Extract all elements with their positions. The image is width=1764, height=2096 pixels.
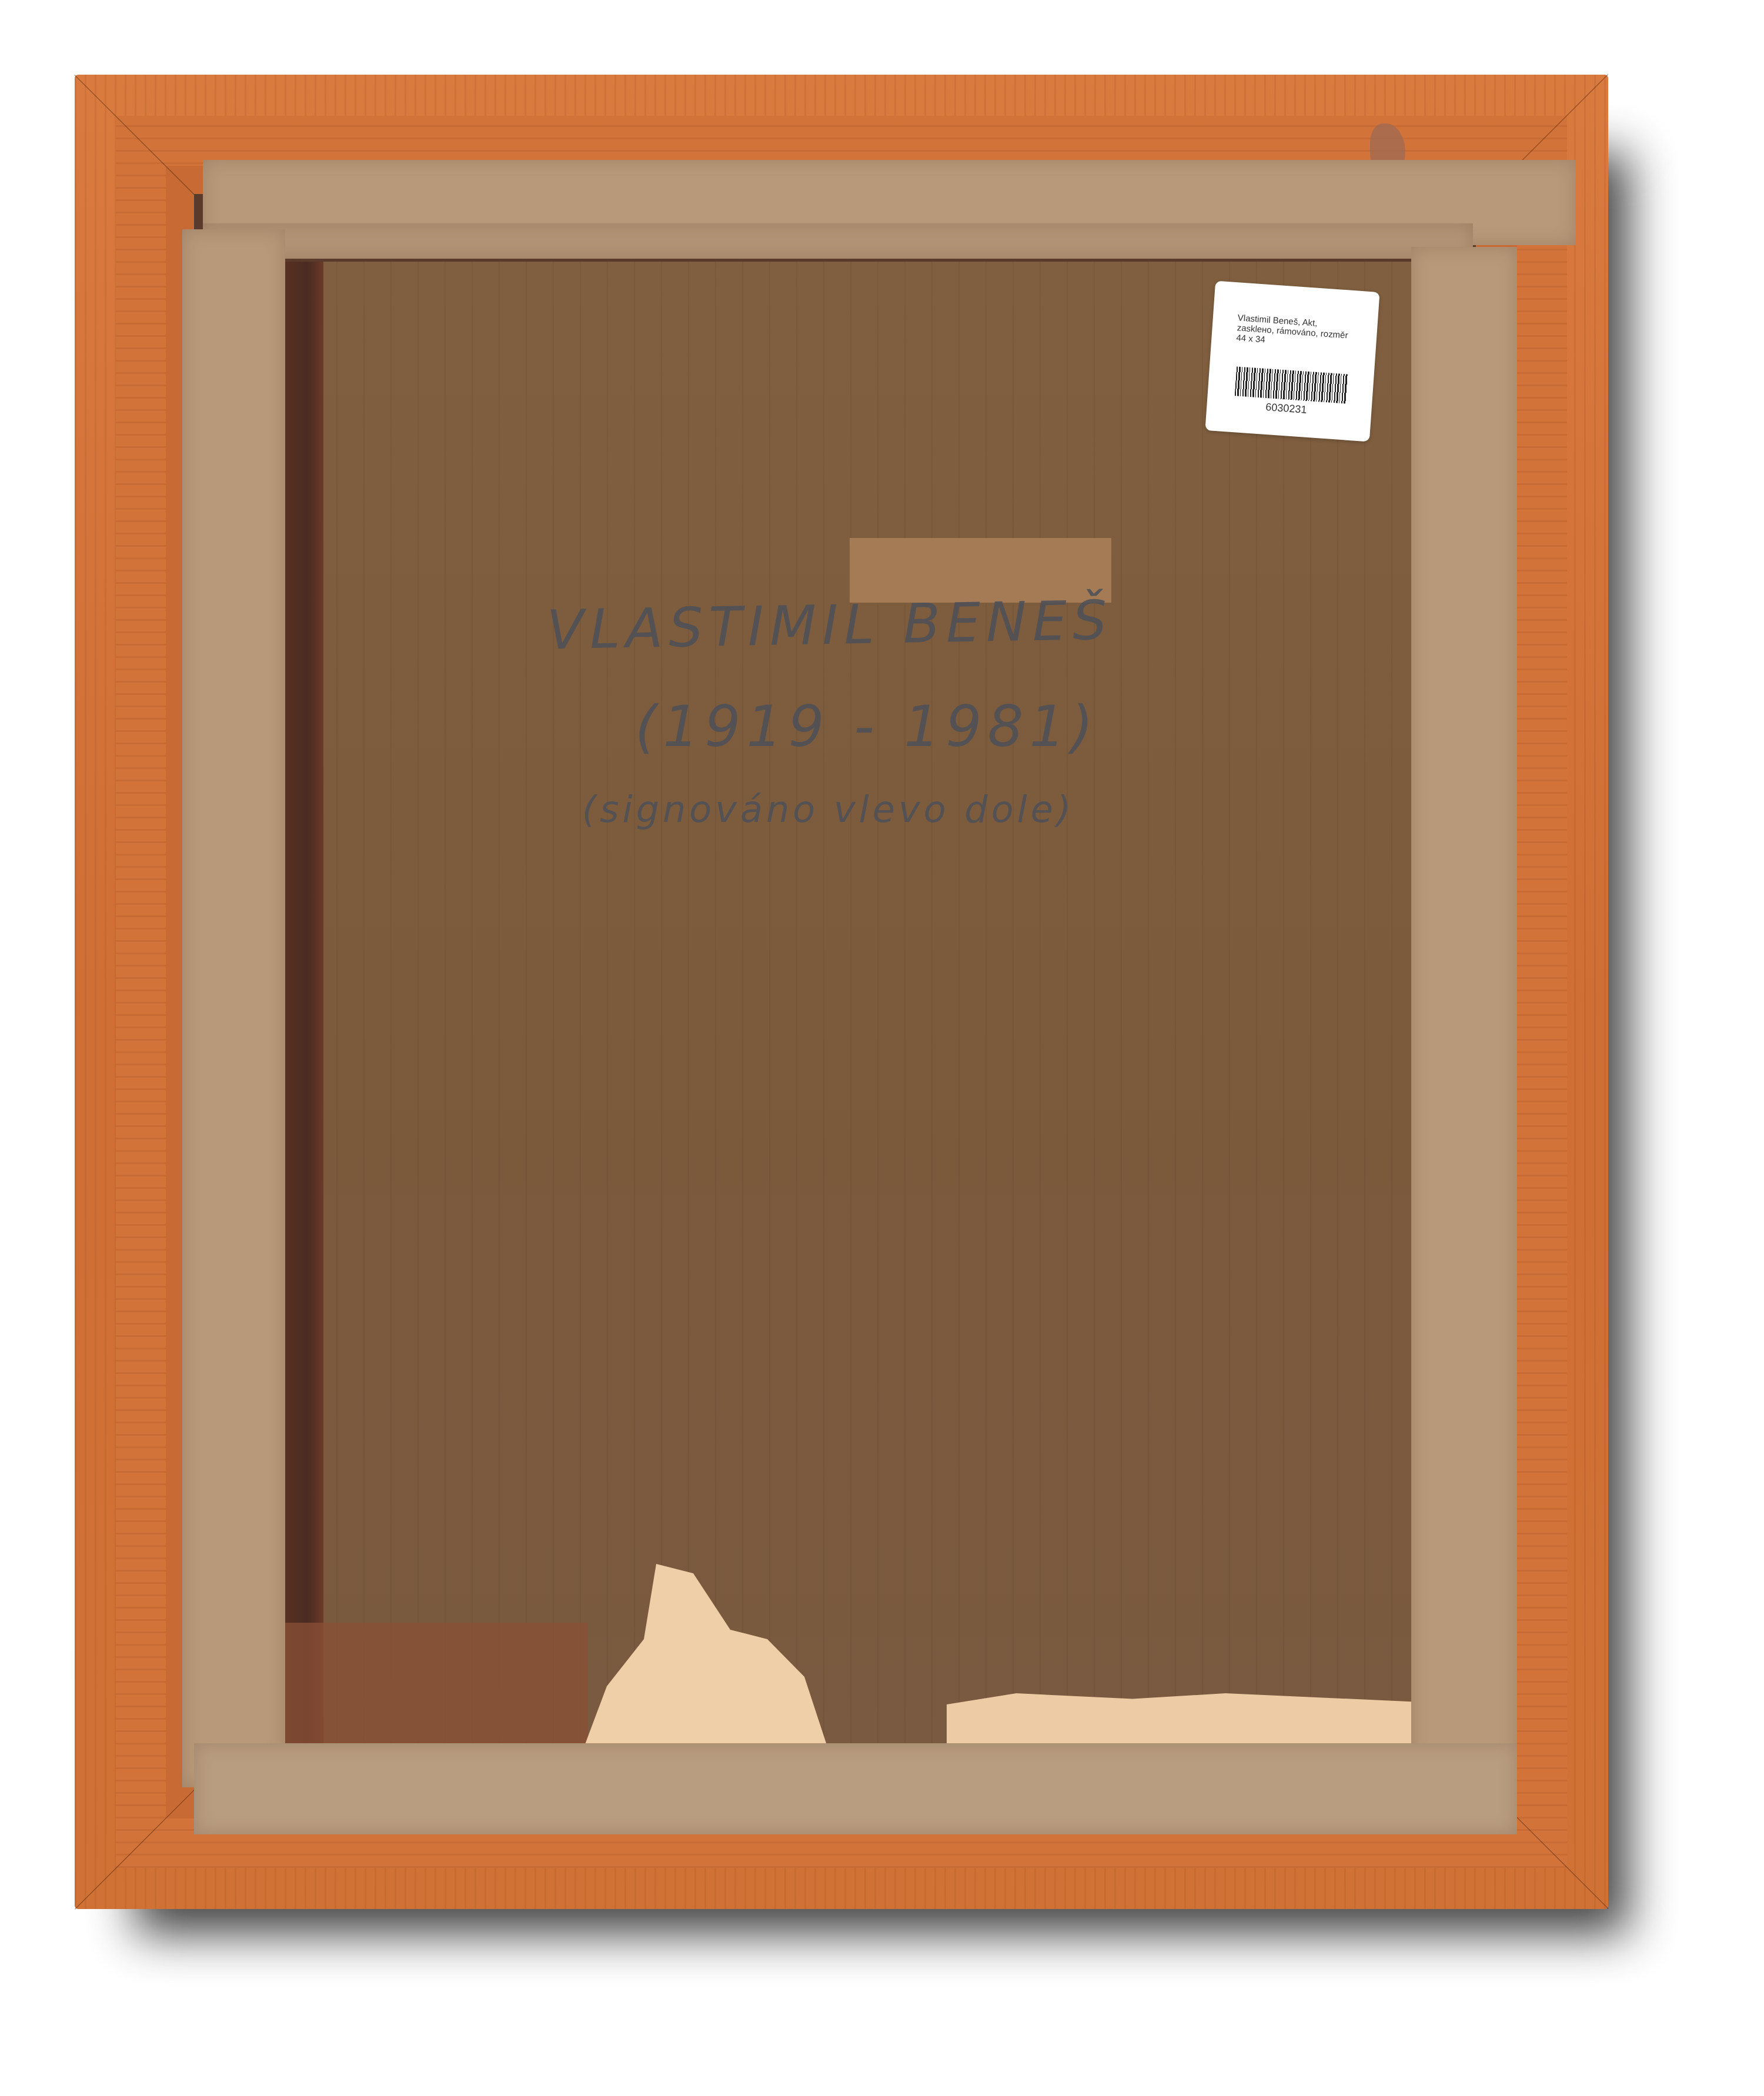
label-description: Vlastimil Beneš, Akt, zasklено, rámováno… xyxy=(1236,313,1355,351)
tape-bottom xyxy=(194,1743,1517,1834)
tape-right xyxy=(1411,247,1517,1805)
board-stain xyxy=(282,1623,588,1749)
handwritten-note: (signováno vlevo dole) xyxy=(582,788,1074,831)
barcode-number: 6030231 xyxy=(1265,401,1307,416)
handwritten-artist-name: VLASTIMIL BENEŠ xyxy=(546,589,1113,662)
tape-top-fold xyxy=(203,223,1473,259)
barcode-icon xyxy=(1235,366,1348,403)
board-edge-strip xyxy=(282,262,323,1749)
tape-left xyxy=(182,229,285,1787)
handwritten-dates: (1919 - 1981) xyxy=(635,694,1099,760)
exposed-wood-strip xyxy=(947,1693,1411,1749)
backing-board xyxy=(282,262,1411,1749)
auction-label: Vlastimil Beneš, Akt, zasklено, rámováno… xyxy=(1205,281,1379,442)
